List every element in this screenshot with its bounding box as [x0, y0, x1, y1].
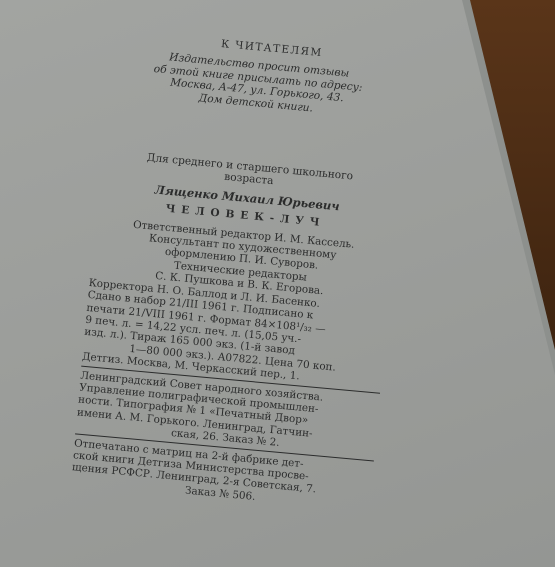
credits: Ответственный редактор И. М. Кассель. Ко… — [81, 215, 393, 390]
colophon-text: К ЧИТАТЕЛЯМ Издательство просит отзывы о… — [70, 28, 410, 513]
